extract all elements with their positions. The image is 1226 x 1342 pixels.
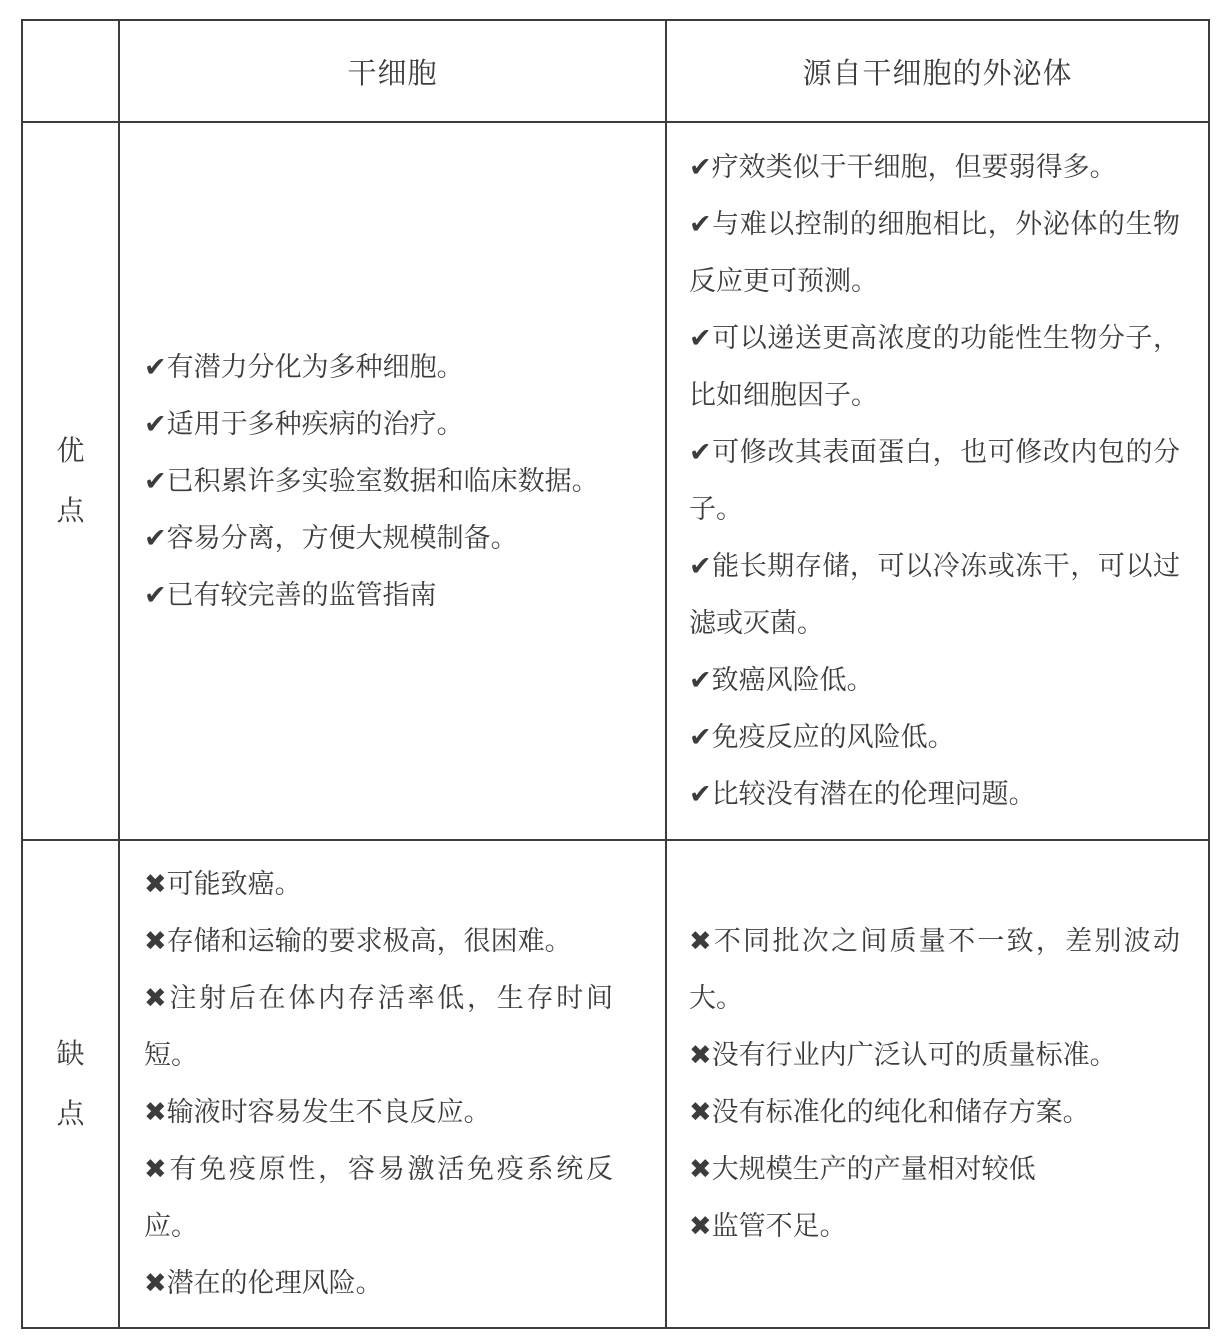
cell-advantages-exosomes: ✔疗效类似于干细胞，但要弱得多。 ✔与难以控制的细胞相比，外泌体的生物反应更可预… — [665, 121, 1208, 839]
advantage-item-text: 已有较完善的监管指南 — [167, 580, 437, 610]
advantage-item: ✔能长期存储，可以冷冻或冻干，可以过滤或灭菌。 — [689, 538, 1180, 652]
cross-icon: ✖ — [144, 869, 167, 900]
disadvantage-item: ✖输液时容易发生不良反应。 — [144, 1084, 613, 1141]
disadvantage-item-text: 有免疫原性，容易激活免疫系统反应。 — [144, 1154, 613, 1241]
advantage-item: ✔已有较完善的监管指南 — [144, 567, 613, 624]
check-icon: ✔ — [144, 466, 167, 497]
disadvantage-item-text: 没有行业内广泛认可的质量标准。 — [712, 1040, 1117, 1070]
disadvantage-item-text: 潜在的伦理风险。 — [167, 1268, 383, 1298]
cross-icon: ✖ — [144, 926, 167, 957]
check-icon: ✔ — [689, 779, 712, 810]
advantage-item-text: 比较没有潜在的伦理问题。 — [712, 779, 1036, 809]
disadvantage-item-text: 监管不足。 — [712, 1211, 847, 1241]
corner-cell — [23, 21, 118, 121]
advantage-item: ✔适用于多种疾病的治疗。 — [144, 396, 613, 453]
disadvantage-item-text: 大规模生产的产量相对较低 — [712, 1154, 1036, 1184]
header-exosomes-label: 源自干细胞的外泌体 — [802, 51, 1072, 92]
disadvantage-item-text: 注射后在体内存活率低，生存时间短。 — [144, 983, 613, 1070]
advantage-item: ✔已积累许多实验室数据和临床数据。 — [144, 453, 613, 510]
header-exosomes: 源自干细胞的外泌体 — [665, 21, 1208, 121]
cross-icon: ✖ — [144, 1097, 167, 1128]
disadvantage-item: ✖潜在的伦理风险。 — [144, 1255, 613, 1312]
advantage-item-text: 能长期存储，可以冷冻或冻干，可以过滤或灭菌。 — [689, 551, 1180, 638]
cross-icon: ✖ — [144, 1268, 167, 1299]
check-icon: ✔ — [144, 352, 167, 383]
cross-icon: ✖ — [144, 1154, 167, 1185]
disadvantages-label: 缺点 — [54, 1024, 86, 1144]
cell-disadvantages-exosomes: ✖不同批次之间质量不一致，差别波动大。 ✖没有行业内广泛认可的质量标准。 ✖没有… — [665, 839, 1208, 1327]
cell-disadvantages-stem-cells: ✖可能致癌。 ✖存储和运输的要求极高，很困难。 ✖注射后在体内存活率低，生存时间… — [118, 839, 665, 1327]
advantage-item: ✔比较没有潜在的伦理问题。 — [689, 766, 1180, 823]
disadvantage-item-text: 没有标准化的纯化和储存方案。 — [712, 1097, 1090, 1127]
advantage-item: ✔免疫反应的风险低。 — [689, 709, 1180, 766]
advantage-item-text: 与难以控制的细胞相比，外泌体的生物反应更可预测。 — [689, 209, 1180, 296]
advantage-item-text: 有潜力分化为多种细胞。 — [167, 352, 464, 382]
disadvantage-item-text: 存储和运输的要求极高，很困难。 — [167, 926, 572, 956]
disadvantage-item: ✖没有标准化的纯化和储存方案。 — [689, 1084, 1180, 1141]
disadvantage-item: ✖可能致癌。 — [144, 856, 613, 913]
disadvantage-item: ✖注射后在体内存活率低，生存时间短。 — [144, 970, 613, 1084]
cross-icon: ✖ — [689, 926, 712, 957]
disadvantage-item-text: 可能致癌。 — [167, 869, 302, 899]
cross-icon: ✖ — [689, 1154, 712, 1185]
advantages-label: 优点 — [54, 421, 86, 541]
advantage-item-text: 致癌风险低。 — [712, 665, 874, 695]
check-icon: ✔ — [689, 722, 712, 753]
advantage-item-text: 可修改其表面蛋白，也可修改内包的分子。 — [689, 437, 1180, 524]
disadvantage-item: ✖没有行业内广泛认可的质量标准。 — [689, 1027, 1180, 1084]
disadvantage-item: ✖大规模生产的产量相对较低 — [689, 1141, 1180, 1198]
cross-icon: ✖ — [689, 1097, 712, 1128]
row-label-disadvantages: 缺点 — [23, 839, 118, 1327]
check-icon: ✔ — [144, 409, 167, 440]
check-icon: ✔ — [144, 580, 167, 611]
comparison-table: 干细胞 源自干细胞的外泌体 优点 ✔有潜力分化为多种细胞。 ✔适用于多种疾病的治… — [21, 19, 1210, 1329]
cross-icon: ✖ — [689, 1211, 712, 1242]
advantage-item-text: 疗效类似于干细胞，但要弱得多。 — [712, 152, 1117, 182]
advantage-item-text: 容易分离，方便大规模制备。 — [167, 523, 518, 553]
advantage-item: ✔致癌风险低。 — [689, 652, 1180, 709]
advantage-item: ✔可修改其表面蛋白，也可修改内包的分子。 — [689, 424, 1180, 538]
advantage-item-text: 免疫反应的风险低。 — [712, 722, 955, 752]
check-icon: ✔ — [689, 551, 712, 582]
advantage-item: ✔疗效类似于干细胞，但要弱得多。 — [689, 139, 1180, 196]
disadvantage-item: ✖监管不足。 — [689, 1198, 1180, 1255]
advantage-item-text: 适用于多种疾病的治疗。 — [167, 409, 464, 439]
disadvantage-item-text: 输液时容易发生不良反应。 — [167, 1097, 491, 1127]
advantage-item: ✔有潜力分化为多种细胞。 — [144, 339, 613, 396]
advantage-item-text: 已积累许多实验室数据和临床数据。 — [167, 466, 599, 496]
check-icon: ✔ — [689, 323, 712, 354]
header-stem-cells: 干细胞 — [118, 21, 665, 121]
check-icon: ✔ — [689, 665, 712, 696]
disadvantage-item: ✖不同批次之间质量不一致，差别波动大。 — [689, 913, 1180, 1027]
header-stem-cells-label: 干细胞 — [347, 51, 437, 92]
advantage-item: ✔与难以控制的细胞相比，外泌体的生物反应更可预测。 — [689, 196, 1180, 310]
advantage-item-text: 可以递送更高浓度的功能性生物分子，比如细胞因子。 — [689, 323, 1180, 410]
check-icon: ✔ — [144, 523, 167, 554]
cross-icon: ✖ — [144, 983, 167, 1014]
check-icon: ✔ — [689, 152, 712, 183]
disadvantage-item: ✖有免疫原性，容易激活免疫系统反应。 — [144, 1141, 613, 1255]
advantage-item: ✔容易分离，方便大规模制备。 — [144, 510, 613, 567]
cross-icon: ✖ — [689, 1040, 712, 1071]
cell-advantages-stem-cells: ✔有潜力分化为多种细胞。 ✔适用于多种疾病的治疗。 ✔已积累许多实验室数据和临床… — [118, 121, 665, 839]
row-label-advantages: 优点 — [23, 121, 118, 839]
disadvantage-item-text: 不同批次之间质量不一致，差别波动大。 — [689, 926, 1180, 1013]
disadvantage-item: ✖存储和运输的要求极高，很困难。 — [144, 913, 613, 970]
check-icon: ✔ — [689, 209, 712, 240]
check-icon: ✔ — [689, 437, 712, 468]
advantage-item: ✔可以递送更高浓度的功能性生物分子，比如细胞因子。 — [689, 310, 1180, 424]
